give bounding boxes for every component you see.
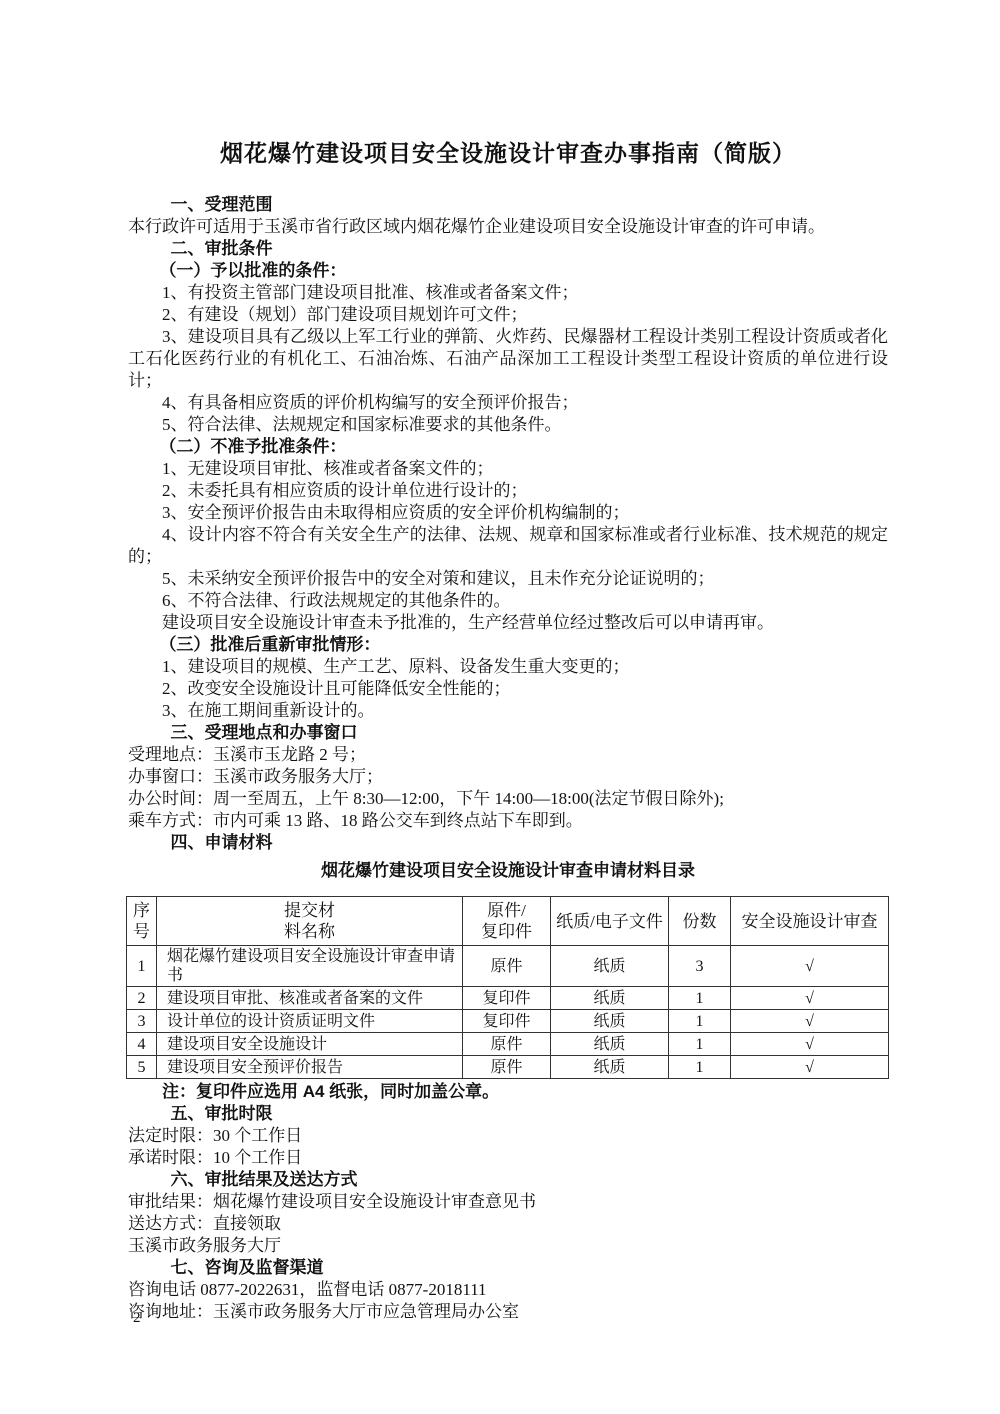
paper-digital: 纸质	[551, 1056, 669, 1079]
col-header-index: 序 号	[127, 897, 157, 946]
consult-address: 咨询地址：玉溪市政务服务大厅市应急管理局办公室	[128, 1301, 888, 1323]
check-mark: √	[731, 987, 889, 1010]
material-name: 烟花爆竹建设项目安全设施设计审查申请书	[157, 946, 463, 987]
row-index: 1	[127, 946, 157, 987]
section-4-heading: 四、申请材料	[128, 832, 888, 854]
approval-condition-item: 3、建设项目具有乙级以上军工行业的弹箭、火炸药、民爆器材工程设计类别工程设计资质…	[128, 326, 888, 392]
original-copy: 复印件	[463, 987, 551, 1010]
reapply-note: 建设项目安全设施设计审查未予批准的，生产经营单位经过整改后可以申请再审。	[128, 612, 888, 634]
document-page: 烟花爆竹建设项目安全设施设计审查办事指南（简版） 一、受理范围 本行政许可适用于…	[0, 0, 1000, 1414]
material-name: 设计单位的设计资质证明文件	[157, 1010, 463, 1033]
col-header-design-review: 安全设施设计审查	[731, 897, 889, 946]
service-hall: 玉溪市政务服务大厅	[128, 1235, 888, 1257]
rejection-condition-item: 1、无建设项目审批、核准或者备案文件的；	[128, 458, 888, 480]
paper-digital: 纸质	[551, 1010, 669, 1033]
rejection-condition-item: 2、未委托具有相应资质的设计单位进行设计的；	[128, 480, 888, 502]
table-header-row: 序 号 提交材 料名称 原件/ 复印件 纸质/电子文件 份数 安全设施设计审查	[127, 897, 889, 946]
approval-result: 审批结果：烟花爆竹建设项目安全设施设计审查意见书	[128, 1191, 888, 1213]
material-name: 建设项目安全预评价报告	[157, 1056, 463, 1079]
check-mark: √	[731, 1033, 889, 1056]
rejection-condition-item: 6、不符合法律、行政法规规定的其他条件的。	[128, 590, 888, 612]
office-hours: 办公时间：周一至周五，上午 8:30—12:00，下午 14:00—18:00(…	[128, 788, 888, 810]
row-index: 4	[127, 1033, 157, 1056]
materials-table-title: 烟花爆竹建设项目安全设施设计审查申请材料目录	[128, 860, 888, 882]
quantity: 1	[669, 987, 731, 1010]
material-name: 建设项目审批、核准或者备案的文件	[157, 987, 463, 1010]
col-header-original-copy: 原件/ 复印件	[463, 897, 551, 946]
row-index: 3	[127, 1010, 157, 1033]
section-5-heading: 五、审批时限	[128, 1103, 888, 1125]
acceptance-location: 受理地点：玉溪市玉龙路 2 号；	[128, 744, 888, 766]
rejection-condition-item: 5、未采纳安全预评价报告中的安全对策和建议，且未作充分论证说明的；	[128, 568, 888, 590]
delivery-method: 送达方式：直接领取	[128, 1213, 888, 1235]
section-3-heading: 三、受理地点和办事窗口	[128, 722, 888, 744]
quantity: 3	[669, 946, 731, 987]
material-name: 建设项目安全设施设计	[157, 1033, 463, 1056]
table-row: 1 烟花爆竹建设项目安全设施设计审查申请书 原件 纸质 3 √	[127, 946, 889, 987]
col-header-quantity: 份数	[669, 897, 731, 946]
paper-digital: 纸质	[551, 1033, 669, 1056]
rereview-situation-item: 3、在施工期间重新设计的。	[128, 700, 888, 722]
check-mark: √	[731, 1010, 889, 1033]
paper-digital: 纸质	[551, 987, 669, 1010]
service-window: 办事窗口：玉溪市政务服务大厅；	[128, 766, 888, 788]
table-row: 2 建设项目审批、核准或者备案的文件 复印件 纸质 1 √	[127, 987, 889, 1010]
quantity: 1	[669, 1033, 731, 1056]
col-header-paper-digital: 纸质/电子文件	[551, 897, 669, 946]
approval-condition-item: 5、符合法律、法规规定和国家标准要求的其他条件。	[128, 414, 888, 436]
subsection-2-1-heading: （一）予以批准的条件：	[128, 260, 888, 282]
approval-condition-item: 4、有具备相应资质的评价机构编写的安全预评价报告；	[128, 392, 888, 414]
rejection-condition-item: 4、设计内容不符合有关安全生产的法律、法规、规章和国家标准或者行业标准、技术规范…	[128, 524, 888, 568]
section-1-body: 本行政许可适用于玉溪市省行政区域内烟花爆竹企业建设项目安全设施设计审查的许可申请…	[128, 216, 888, 238]
original-copy: 原件	[463, 946, 551, 987]
approval-condition-item: 2、有建设（规划）部门建设项目规划许可文件；	[128, 304, 888, 326]
table-row: 3 设计单位的设计资质证明文件 复印件 纸质 1 √	[127, 1010, 889, 1033]
approval-condition-item: 1、有投资主管部门建设项目批准、核准或者备案文件；	[128, 282, 888, 304]
subsection-2-3-heading: （三）批准后重新审批情形：	[128, 634, 888, 656]
promised-time-limit: 承诺时限：10 个工作日	[128, 1147, 888, 1169]
transport-info: 乘车方式：市内可乘 13 路、18 路公交车到终点站下车即到。	[128, 810, 888, 832]
col-header-material-name: 提交材 料名称	[157, 897, 463, 946]
row-index: 2	[127, 987, 157, 1010]
original-copy: 原件	[463, 1033, 551, 1056]
document-title: 烟花爆竹建设项目安全设施设计审查办事指南（简版）	[128, 138, 888, 168]
table-row: 5 建设项目安全预评价报告 原件 纸质 1 √	[127, 1056, 889, 1079]
quantity: 1	[669, 1010, 731, 1033]
original-copy: 复印件	[463, 1010, 551, 1033]
rereview-situation-item: 1、建设项目的规模、生产工艺、原料、设备发生重大变更的；	[128, 656, 888, 678]
table-row: 4 建设项目安全设施设计 原件 纸质 1 √	[127, 1033, 889, 1056]
page-number: 2	[133, 1308, 141, 1328]
paper-digital: 纸质	[551, 946, 669, 987]
rereview-situation-item: 2、改变安全设施设计且可能降低安全性能的；	[128, 678, 888, 700]
materials-table: 序 号 提交材 料名称 原件/ 复印件 纸质/电子文件 份数 安全设施设计审查 …	[126, 896, 889, 1079]
subsection-2-2-heading: （二）不准予批准条件：	[128, 436, 888, 458]
consult-phone-numbers: 咨询电话 0877-2022631，监督电话 0877-2018111	[128, 1279, 888, 1301]
row-index: 5	[127, 1056, 157, 1079]
copy-requirement-note: 注：复印件应选用 A4 纸张，同时加盖公章。	[128, 1081, 888, 1103]
check-mark: √	[731, 1056, 889, 1079]
rejection-condition-item: 3、安全预评价报告由未取得相应资质的安全评价机构编制的；	[128, 502, 888, 524]
section-7-heading: 七、咨询及监督渠道	[128, 1257, 888, 1279]
section-6-heading: 六、审批结果及送达方式	[128, 1169, 888, 1191]
check-mark: √	[731, 946, 889, 987]
statutory-time-limit: 法定时限：30 个工作日	[128, 1125, 888, 1147]
original-copy: 原件	[463, 1056, 551, 1079]
quantity: 1	[669, 1056, 731, 1079]
section-1-heading: 一、受理范围	[128, 194, 888, 216]
section-2-heading: 二、审批条件	[128, 238, 888, 260]
